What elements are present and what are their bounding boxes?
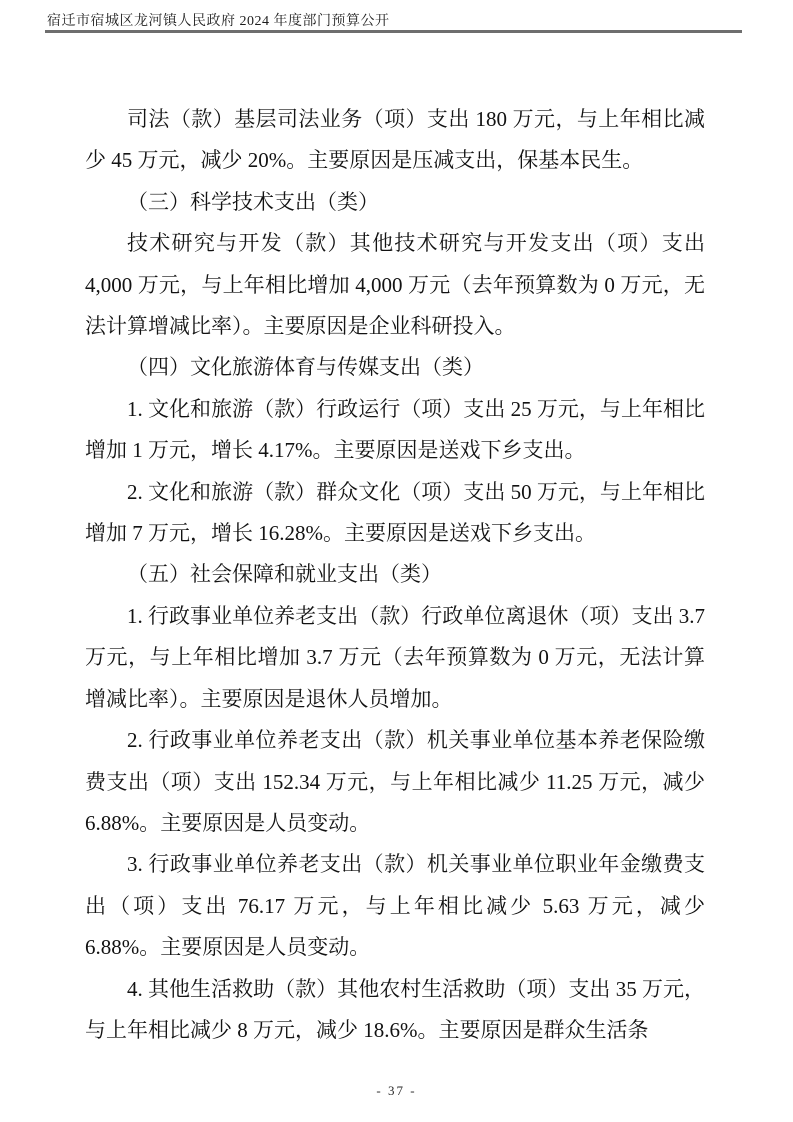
document-page: 宿迁市宿城区龙河镇人民政府 2024 年度部门预算公开 司法（款）基层司法业务（…: [0, 0, 793, 1122]
page-number: - 37 -: [376, 1083, 416, 1098]
header-title: 宿迁市宿城区龙河镇人民政府 2024 年度部门预算公开: [47, 10, 390, 30]
paragraph: （五）社会保障和就业支出（类）: [85, 554, 705, 595]
paragraph: 1. 文化和旅游（款）行政运行（项）支出 25 万元，与上年相比增加 1 万元，…: [85, 389, 705, 472]
paragraph: 技术研究与开发（款）其他技术研究与开发支出（项）支出 4,000 万元，与上年相…: [85, 223, 705, 347]
document-body: 司法（款）基层司法业务（项）支出 180 万元，与上年相比减少 45 万元，减少…: [85, 99, 705, 1051]
paragraph: 2. 行政事业单位养老支出（款）机关事业单位基本养老保险缴费支出（项）支出 15…: [85, 720, 705, 844]
paragraph: （三）科学技术支出（类）: [85, 182, 705, 223]
paragraph: 3. 行政事业单位养老支出（款）机关事业单位职业年金缴费支出（项）支出 76.1…: [85, 844, 705, 968]
paragraph: 司法（款）基层司法业务（项）支出 180 万元，与上年相比减少 45 万元，减少…: [85, 99, 705, 182]
paragraph: 1. 行政事业单位养老支出（款）行政单位离退休（项）支出 3.7 万元，与上年相…: [85, 596, 705, 720]
paragraph: 4. 其他生活救助（款）其他农村生活救助（项）支出 35 万元，与上年相比减少 …: [85, 969, 705, 1052]
header-divider: [45, 30, 742, 33]
page-footer: - 37 -: [0, 1082, 793, 1100]
paragraph: 2. 文化和旅游（款）群众文化（项）支出 50 万元，与上年相比增加 7 万元，…: [85, 472, 705, 555]
paragraph: （四）文化旅游体育与传媒支出（类）: [85, 347, 705, 388]
